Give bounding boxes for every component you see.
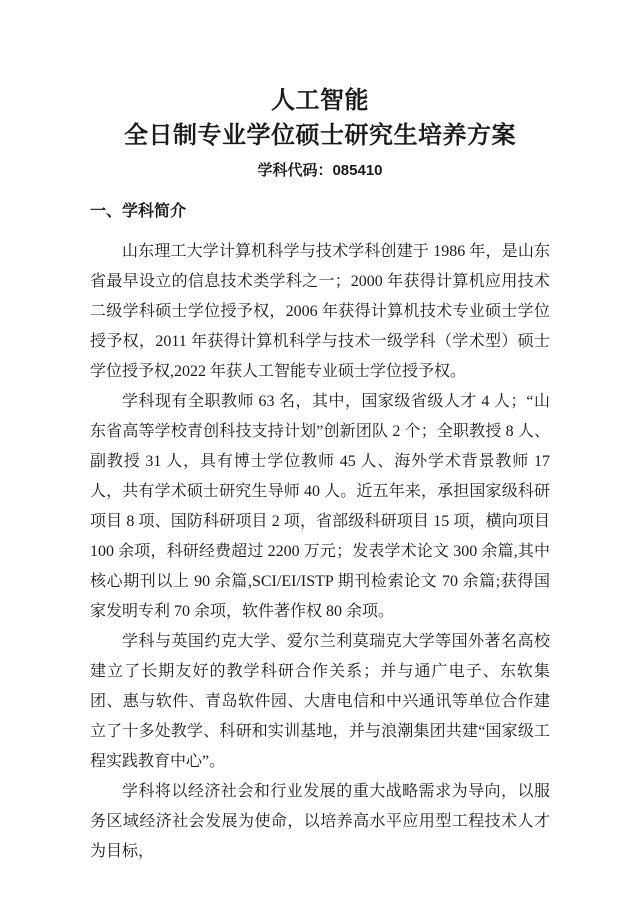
document-title-line1: 人工智能 (90, 83, 550, 118)
paragraph-discipline-history: 山东理工大学计算机科学与技术学科创建于 1986 年，是山东省最早设立的信息技术… (90, 237, 550, 387)
paragraph-mission: 学科将以经济社会和行业发展的重大战略需求为导向，以服务区域经济社会发展为使命，以… (90, 777, 550, 867)
paragraph-faculty-research: 学科现有全职教师 63 名，其中，国家级省级人才 4 人；“山东省高等学校青创科… (90, 387, 550, 627)
document-page: 人工智能 全日制专业学位硕士研究生培养方案 学科代码：085410 一、学科简介… (0, 0, 639, 905)
section-heading: 一、学科简介 (90, 202, 550, 222)
document-title: 人工智能 全日制专业学位硕士研究生培养方案 (90, 83, 550, 153)
document-title-line2: 全日制专业学位硕士研究生培养方案 (90, 118, 550, 153)
paragraph-cooperation: 学科与英国约克大学、爱尔兰利莫瑞克大学等国外著名高校建立了长期友好的教学科研合作… (90, 627, 550, 777)
document-body: 山东理工大学计算机科学与技术学科创建于 1986 年，是山东省最早设立的信息技术… (90, 237, 550, 867)
subject-code: 学科代码：085410 (90, 162, 550, 180)
